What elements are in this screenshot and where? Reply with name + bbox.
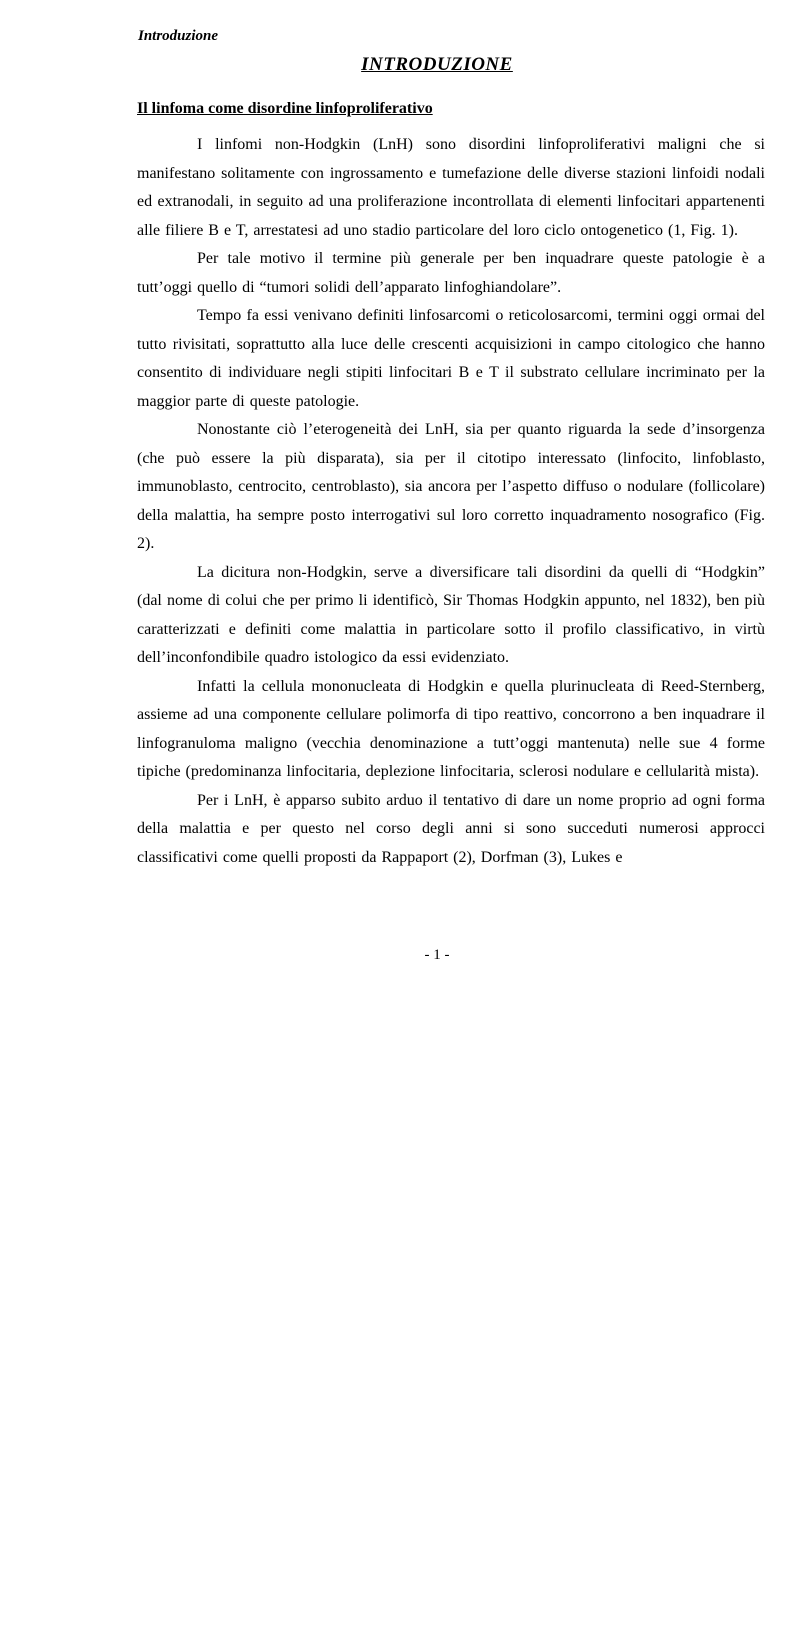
section-heading: Il linfoma come disordine linfoprolifera… [137, 100, 433, 118]
paragraph-5: La dicitura non-Hodgkin, serve a diversi… [137, 559, 765, 673]
paragraph-2: Per tale motivo il termine più generale … [137, 245, 765, 302]
running-header: Introduzione [138, 28, 218, 45]
paragraph-7: Per i LnH, è apparso subito arduo il ten… [137, 787, 765, 873]
page-number: - 1 - [137, 947, 737, 964]
paragraph-6: Infatti la cellula mononucleata di Hodgk… [137, 673, 765, 787]
body-text: I linfomi non-Hodgkin (LnH) sono disordi… [137, 131, 765, 872]
page-title: INTRODUZIONE [137, 54, 737, 76]
paragraph-1: I linfomi non-Hodgkin (LnH) sono disordi… [137, 131, 765, 245]
paragraph-4: Nonostante ciò l’eterogeneità dei LnH, s… [137, 416, 765, 559]
document-page: Introduzione INTRODUZIONE Il linfoma com… [0, 0, 792, 1632]
paragraph-3: Tempo fa essi venivano definiti linfosar… [137, 302, 765, 416]
